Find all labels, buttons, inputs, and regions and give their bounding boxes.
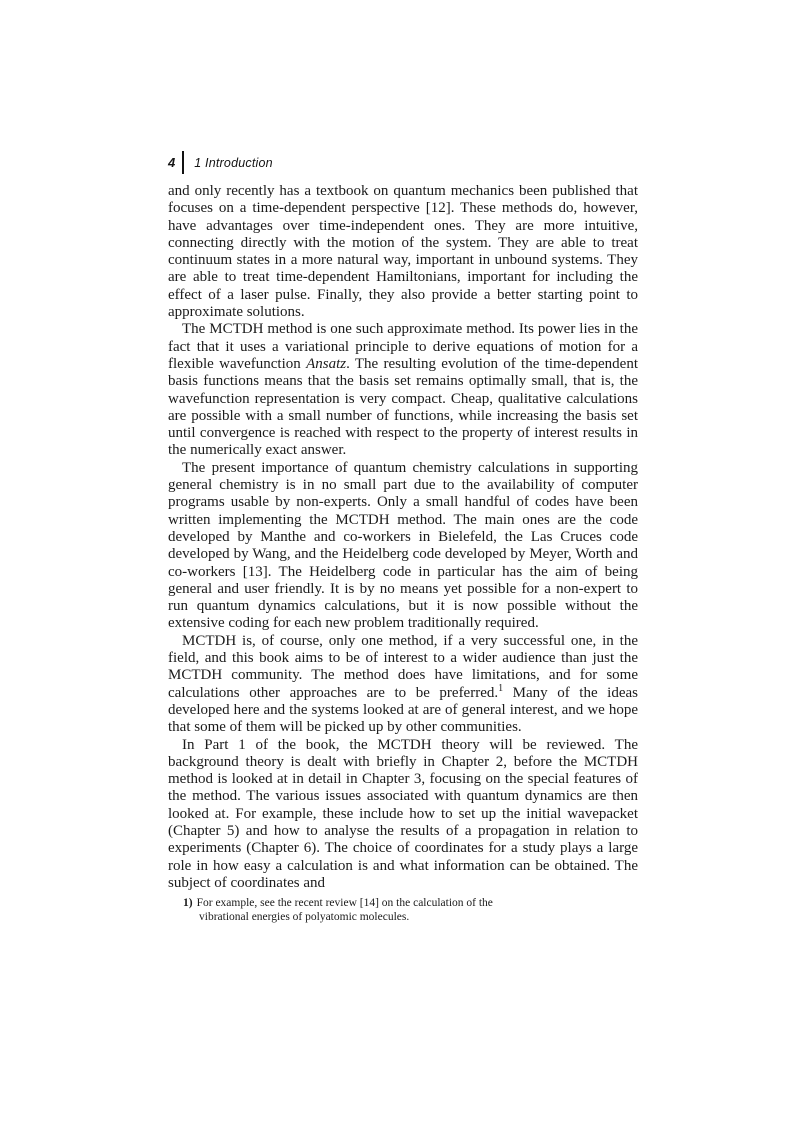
paragraph: The MCTDH method is one such approximate… (168, 321, 638, 459)
paragraph: and only recently has a textbook on quan… (168, 183, 638, 321)
footnote-marker: 1) (183, 897, 197, 909)
book-page: 4 1 Introduction and only recently has a… (0, 0, 800, 1132)
italic-term: Ansatz (306, 356, 346, 372)
text-run: and only recently has a textbook on quan… (168, 183, 638, 320)
footnote-line-1: For example, see the recent review [14] … (197, 897, 493, 909)
footnote-line-2: vibrational energies of polyatomic molec… (199, 910, 543, 924)
running-header: 4 1 Introduction (168, 151, 273, 174)
paragraph: MCTDH is, of course, only one method, if… (168, 633, 638, 737)
text-run: The present importance of quantum chemis… (168, 460, 638, 632)
running-header-title: 1 Introduction (184, 156, 273, 170)
body-text: and only recently has a textbook on quan… (168, 183, 638, 892)
paragraph: The present importance of quantum chemis… (168, 460, 638, 633)
footnote: 1)For example, see the recent review [14… (183, 896, 543, 924)
text-run: In Part 1 of the book, the MCTDH theory … (168, 737, 638, 891)
page-number: 4 (168, 155, 182, 170)
paragraph: In Part 1 of the book, the MCTDH theory … (168, 737, 638, 893)
